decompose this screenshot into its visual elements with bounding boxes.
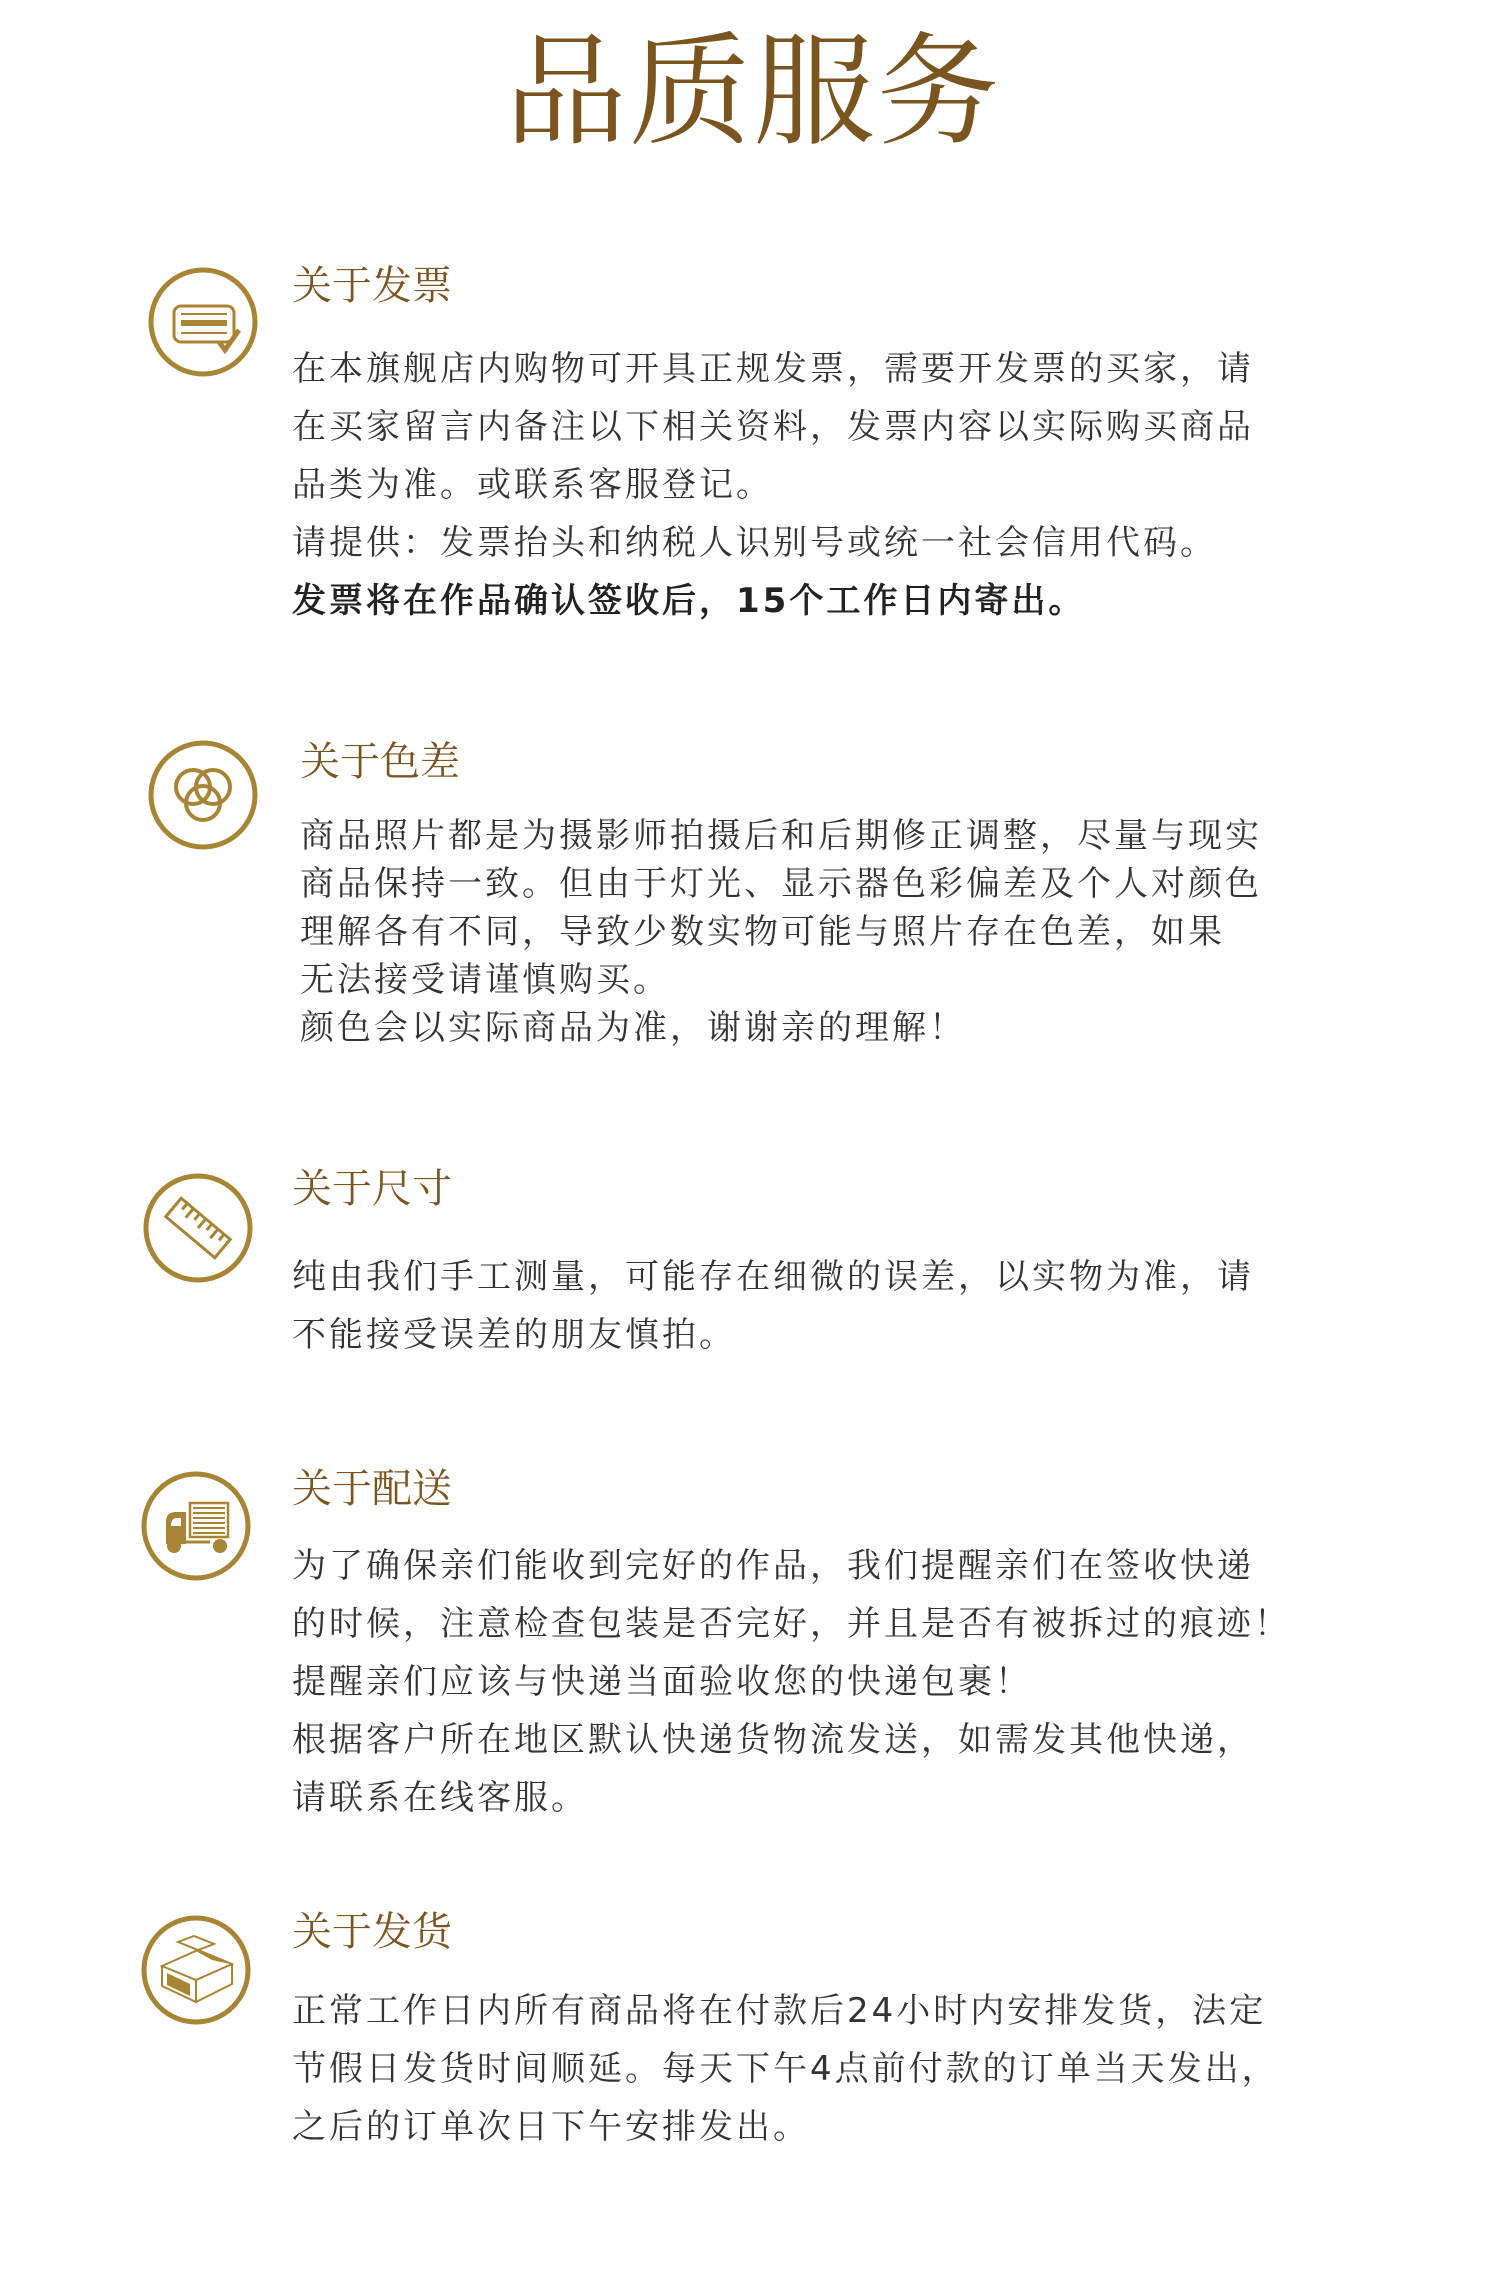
body-line: 为了确保亲们能收到完好的作品，我们提醒亲们在签收快递 (292, 1537, 1291, 1595)
truck-icon (140, 1470, 252, 1582)
body-line: 商品保持一致。但由于灯光、显示器色彩偏差及个人对颜色 (300, 860, 1262, 908)
body-line: 在买家留言内备注以下相关资料，发票内容以实际购买商品 (292, 398, 1254, 456)
section-heading: 关于色差 (300, 738, 460, 786)
invoice-icon (147, 266, 259, 378)
body-line: 请提供：发票抬头和纳税人识别号或统一社会信用代码。 (292, 514, 1254, 572)
section-body: 为了确保亲们能收到完好的作品，我们提醒亲们在签收快递 的时候，注意检查包装是否完… (292, 1537, 1291, 1827)
section-heading: 关于发票 (292, 262, 452, 310)
section-heading: 关于发货 (292, 1908, 452, 1956)
body-line: 提醒亲们应该与快递当面验收您的快递包裹！ (292, 1653, 1291, 1711)
color-circles-icon (147, 739, 259, 851)
section-body: 商品照片都是为摄影师拍摄后和后期修正调整，尽量与现实 商品保持一致。但由于灯光、… (300, 812, 1262, 1052)
body-line: 商品照片都是为摄影师拍摄后和后期修正调整，尽量与现实 (300, 812, 1262, 860)
body-line: 根据客户所在地区默认快递货物流发送，如需发其他快递， (292, 1711, 1291, 1769)
body-line: 正常工作日内所有商品将在付款后24小时内安排发货，法定 (292, 1982, 1279, 2040)
body-line-emphasis: 发票将在作品确认签收后，15个工作日内寄出。 (292, 572, 1254, 630)
body-line: 理解各有不同，导致少数实物可能与照片存在色差，如果 (300, 908, 1262, 956)
body-line: 不能接受误差的朋友慎拍。 (292, 1306, 1254, 1364)
section-heading: 关于尺寸 (292, 1165, 452, 1213)
body-line: 节假日发货时间顺延。每天下午4点前付款的订单当天发出， (292, 2040, 1279, 2098)
section-heading: 关于配送 (292, 1465, 452, 1513)
section-body: 纯由我们手工测量，可能存在细微的误差，以实物为准，请 不能接受误差的朋友慎拍。 (292, 1248, 1254, 1364)
page-title: 品质服务 (0, 22, 1506, 162)
body-line: 请联系在线客服。 (292, 1769, 1291, 1827)
body-line: 在本旗舰店内购物可开具正规发票，需要开发票的买家，请 (292, 340, 1254, 398)
body-line: 品类为准。或联系客服登记。 (292, 456, 1254, 514)
body-line: 颜色会以实际商品为准，谢谢亲的理解！ (300, 1004, 1262, 1052)
box-icon (140, 1914, 252, 2026)
section-body: 正常工作日内所有商品将在付款后24小时内安排发货，法定 节假日发货时间顺延。每天… (292, 1982, 1279, 2156)
body-line: 纯由我们手工测量，可能存在细微的误差，以实物为准，请 (292, 1248, 1254, 1306)
section-body: 在本旗舰店内购物可开具正规发票，需要开发票的买家，请 在买家留言内备注以下相关资… (292, 340, 1254, 630)
body-line: 的时候，注意检查包装是否完好，并且是否有被拆过的痕迹！ (292, 1595, 1291, 1653)
ruler-icon (142, 1172, 254, 1284)
body-line: 之后的订单次日下午安排发出。 (292, 2098, 1279, 2156)
body-line: 无法接受请谨慎购买。 (300, 956, 1262, 1004)
